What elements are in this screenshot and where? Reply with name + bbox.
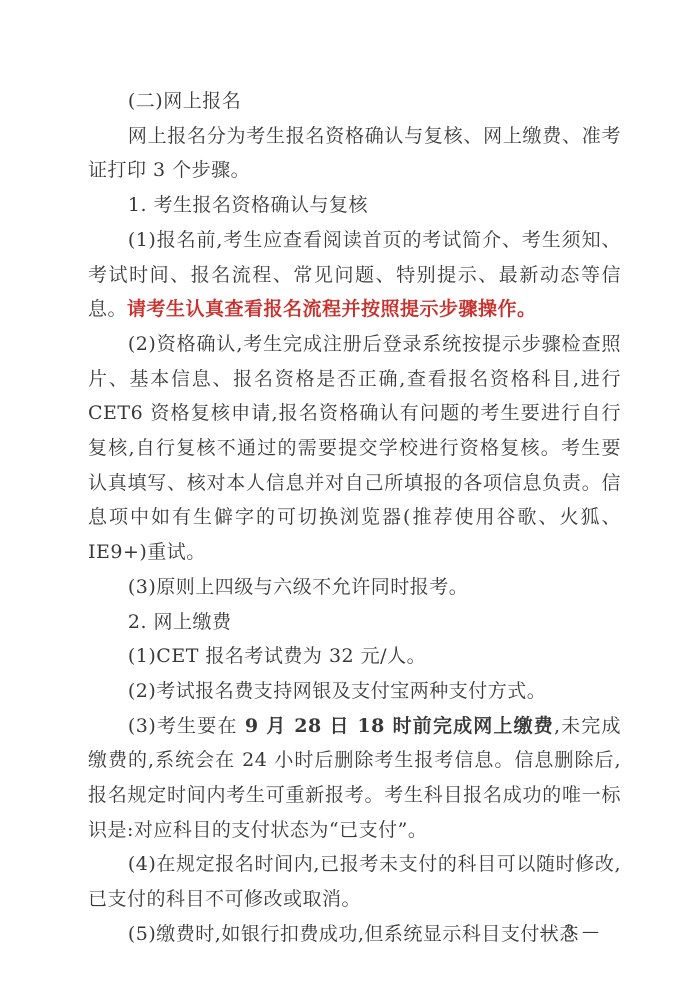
text-run: (3)考生要在	[128, 715, 245, 737]
paragraph-payment-deadline: (3)考生要在 9 月 28 日 18 时前完成网上缴费,未完成缴费的,系统会在…	[88, 709, 621, 848]
text-run: (二)网上报名	[128, 90, 241, 112]
subsection-heading-qualification-confirmation: 1. 考生报名资格确认与复核	[88, 188, 621, 223]
paragraph-payment-methods: (2)考试报名费支持网银及支付宝两种支付方式。	[88, 674, 621, 709]
text-run: 网上报名分为考生报名资格确认与复核、网上缴费、准考证打印 3 个步骤。	[88, 125, 621, 182]
paragraph-qualification-confirmation: (2)资格确认,考生完成注册后登录系统按提示步骤检查照片、基本信息、报名资格是否…	[88, 327, 621, 570]
text-run: (4)在规定报名时间内,已报考未支付的科目可以随时修改,已支付的科目不可修改或取…	[88, 853, 621, 910]
document-page: (二)网上报名网上报名分为考生报名资格确认与复核、网上缴费、准考证打印 3 个步…	[0, 0, 699, 1000]
text-run: 2. 网上缴费	[128, 611, 232, 633]
text-run: (2)考试报名费支持网银及支付宝两种支付方式。	[128, 680, 546, 702]
text-run: (5)缴费时,如银行扣费成功,但系统显示科目支付状态	[128, 923, 579, 945]
document-body: (二)网上报名网上报名分为考生报名资格确认与复核、网上缴费、准考证打印 3 个步…	[88, 84, 621, 952]
paragraph-before-registration: (1)报名前,考生应查看阅读首页的考试简介、考生须知、考试时间、报名流程、常见问…	[88, 223, 621, 327]
paragraph-modification-rules: (4)在规定报名时间内,已报考未支付的科目可以随时修改,已支付的科目不可修改或取…	[88, 847, 621, 916]
subsection-heading-online-payment: 2. 网上缴费	[88, 605, 621, 640]
text-run: (1)CET 报名考试费为 32 元/人。	[128, 645, 426, 667]
text-run: (3)原则上四级与六级不允许同时报考。	[128, 576, 468, 598]
paragraph-registration-steps: 网上报名分为考生报名资格确认与复核、网上缴费、准考证打印 3 个步骤。	[88, 119, 621, 188]
text-run: 9 月 28 日 18 时前完成网上缴费	[245, 715, 554, 737]
text-run: 请考生认真查看报名流程并按照提示步骤操作。	[127, 298, 537, 320]
paragraph-no-simultaneous-registration: (3)原则上四级与六级不允许同时报考。	[88, 570, 621, 605]
text-run: 1. 考生报名资格确认与复核	[128, 194, 368, 216]
page-footer: — 3 —	[539, 920, 600, 944]
page-number: — 3 —	[539, 922, 600, 942]
section-heading-online-registration: (二)网上报名	[88, 84, 621, 119]
text-run: (2)资格确认,考生完成注册后登录系统按提示步骤检查照片、基本信息、报名资格是否…	[88, 333, 621, 563]
paragraph-exam-fee: (1)CET 报名考试费为 32 元/人。	[88, 639, 621, 674]
